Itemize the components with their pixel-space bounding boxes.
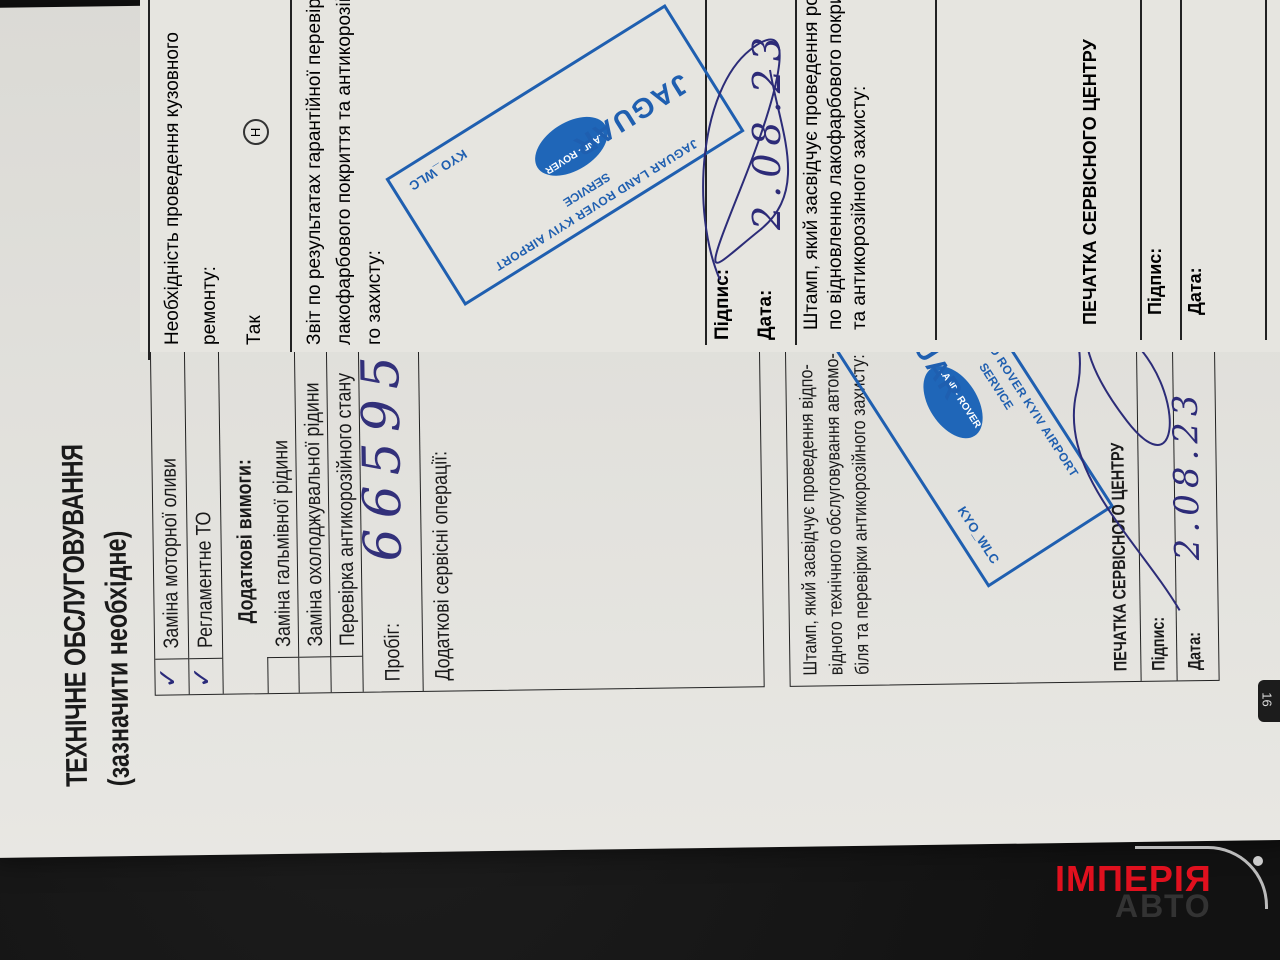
- divider: [1265, 0, 1267, 340]
- right-page-region: Необхідність проведення кузовного ремонт…: [140, 0, 1280, 360]
- page-number-tab: 16: [1258, 680, 1280, 722]
- additional-requirements-heading: Додаткові вимоги:: [232, 459, 258, 624]
- divider: [1180, 0, 1182, 340]
- service-item-label: Регламентне ТО: [192, 511, 218, 648]
- seal-label: ПЕЧАТКА СЕРВІСНОГО ЦЕНТРУ: [1080, 39, 1101, 325]
- checkbox[interactable]: [267, 657, 298, 693]
- signature-label: Підпис:: [1148, 617, 1170, 671]
- page-number: 16: [1260, 692, 1275, 706]
- logo-dot-icon: [1253, 856, 1263, 866]
- mileage-label: Пробіг:: [381, 623, 406, 682]
- checkmark-icon: ✓: [153, 667, 183, 689]
- date-label: Дата:: [1185, 267, 1206, 315]
- signature-scribble: [680, 30, 790, 290]
- section-title: ТЕХНІЧНЕ ОБСЛУГОВУВАННЯ: [56, 444, 95, 787]
- additional-item-label: Заміна гальмівної рідини: [269, 440, 296, 647]
- divider: [1140, 0, 1142, 340]
- stamp-description: Штамп, який засвідчує проведення відпо- …: [794, 353, 876, 676]
- service-item-label: Заміна моторної оливи: [157, 458, 184, 649]
- additional-item-label: Заміна охолоджувальної рідини: [300, 382, 328, 646]
- divider: [935, 0, 937, 340]
- divider: [795, 0, 797, 345]
- checkbox[interactable]: [331, 656, 362, 692]
- checkbox[interactable]: ✓: [189, 658, 222, 694]
- checkbox[interactable]: [299, 656, 330, 692]
- date-label: Дата:: [1184, 632, 1206, 670]
- checkbox[interactable]: ✓: [155, 658, 188, 694]
- signature-label: Підпис:: [1145, 248, 1166, 315]
- section-subtitle: (зазначити необхідне): [99, 530, 137, 786]
- stamp-right-description: Штамп, який засвідчує проведення робіт п…: [800, 0, 872, 330]
- divider: [148, 0, 150, 360]
- body-repair-question: Необхідність проведення кузовного ремонт…: [154, 32, 273, 345]
- body-repair-answer: ТакН: [236, 32, 273, 345]
- additional-operations-label: Додаткові сервісні операції:: [428, 451, 455, 681]
- circled-mark-icon: Н: [243, 119, 269, 145]
- warranty-report: Звіт по результатах гарантійної перевірк…: [300, 0, 390, 345]
- imperia-avto-logo: ІМПЕРІЯ АВТО: [1055, 858, 1255, 928]
- warranty-date-label: Дата:: [755, 290, 777, 340]
- logo-brand-bottom: АВТО: [1115, 888, 1212, 925]
- divider: [290, 0, 292, 352]
- checkmark-icon: ✓: [187, 666, 217, 688]
